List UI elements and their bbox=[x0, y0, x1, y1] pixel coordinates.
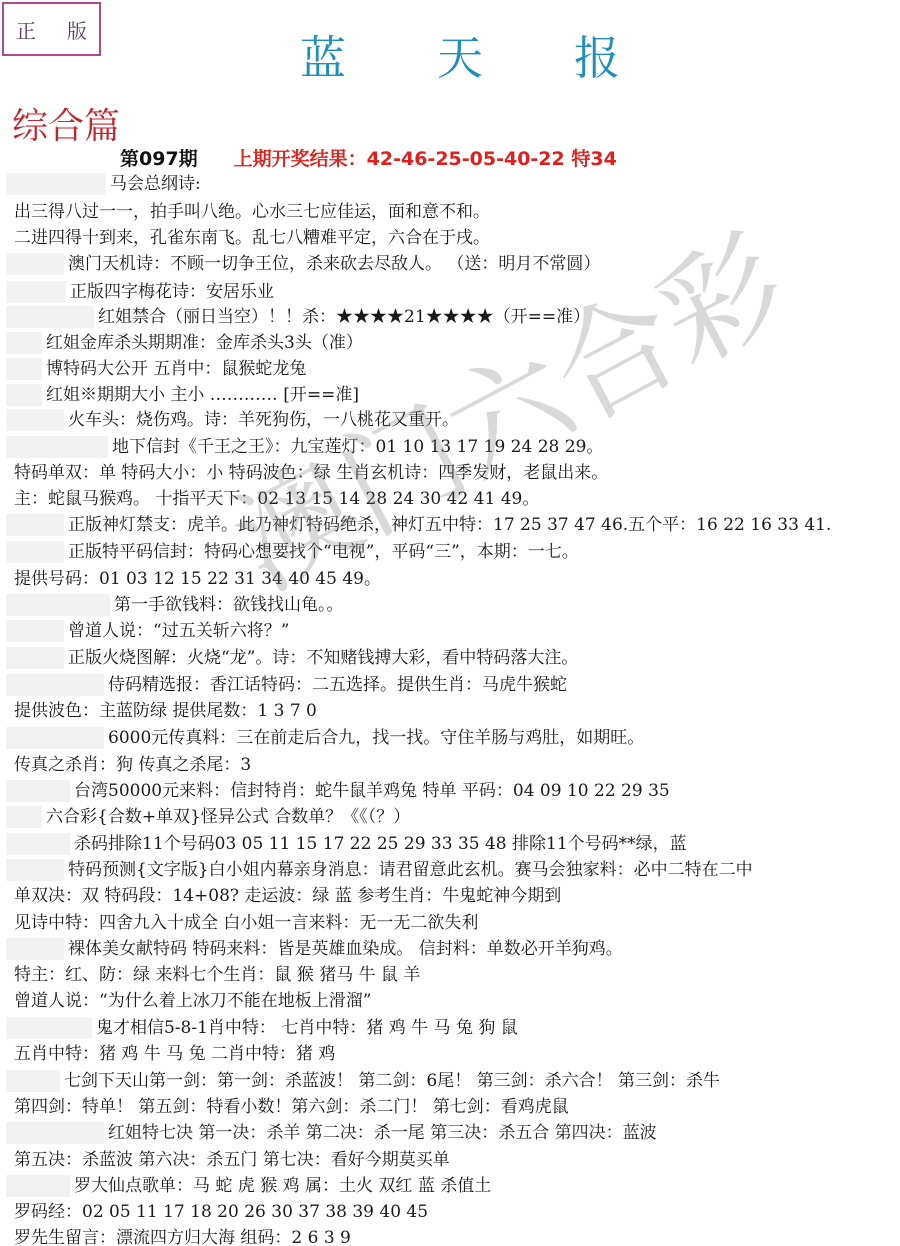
line-shade bbox=[6, 938, 64, 960]
text-line: 见诗中特：四舍九入十成全 白小姐一言来料：无一无二欲失利 bbox=[14, 912, 478, 934]
line-shade bbox=[6, 1017, 92, 1039]
text-line: 六合彩{合数+单双}怪异公式 合数单？《《（？） bbox=[46, 806, 410, 828]
line-shade bbox=[6, 780, 70, 802]
line-shade bbox=[6, 541, 64, 563]
text-line: 台湾50000元来料：信封特肖：蛇牛鼠羊鸡兔 特单 平码：04 09 10 22… bbox=[74, 780, 670, 802]
line-shade bbox=[6, 833, 70, 855]
text-line: 七剑下天山第一剑：第一剑：杀蓝波！ 第二剑：6尾！ 第三剑：杀六合！ 第三剑：杀… bbox=[64, 1070, 720, 1092]
line-shade bbox=[6, 859, 64, 881]
text-line: 6000元传真料：三在前走后合九，找一找。守住羊肠与鸡肚，如期旺。 bbox=[108, 727, 644, 749]
line-shade bbox=[6, 1070, 60, 1092]
text-line: 罗大仙点歌单：马 蛇 虎 猴 鸡 属：土火 双红 蓝 杀值土 bbox=[74, 1175, 491, 1197]
text-line: 主：蛇鼠马猴鸡。 十指平天下：02 13 15 14 28 24 30 42 4… bbox=[14, 488, 539, 510]
line-shade bbox=[6, 436, 108, 458]
line-shade bbox=[6, 620, 64, 642]
line-shade bbox=[6, 281, 66, 303]
text-line: 第四剑：特单！ 第五剑：特看小数！第六剑：杀二门！ 第七剑：看鸡虎鼠 bbox=[14, 1096, 569, 1118]
text-line: 提供号码：01 03 12 15 22 31 34 40 45 49。 bbox=[14, 568, 381, 590]
text-line: 第五决：杀蓝波 第六决：杀五门 第七决：看好今期莫买单 bbox=[14, 1149, 450, 1171]
line-shade bbox=[6, 358, 42, 380]
text-line: 红姐金库杀头期期准：金库杀头3头（准） bbox=[46, 332, 363, 354]
line-shade bbox=[6, 594, 110, 616]
text-line: 正版神灯禁支：虎羊。此乃神灯特码绝杀，神灯五中特：17 25 37 47 46.… bbox=[68, 514, 831, 536]
text-line: 曾道人说：“为什么着上冰刀不能在地板上滑溜” bbox=[14, 990, 371, 1012]
text-line: 杀码排除11个号码03 05 11 15 17 22 25 29 33 35 4… bbox=[74, 833, 687, 855]
text-line: 正版特平码信封：特码心想要找个“电视”，平码“三”，本期：一七。 bbox=[68, 541, 579, 563]
text-line: 特码单双：单 特码大小：小 特码波色：绿 生肖玄机诗：四季发财，老鼠出来。 bbox=[14, 462, 608, 484]
line-shade bbox=[6, 253, 64, 275]
line-shade bbox=[6, 727, 104, 749]
text-line: 罗先生留言：漂流四方归大海 组码：2 6 3 9 bbox=[14, 1227, 351, 1246]
line-shade bbox=[6, 1175, 70, 1197]
text-line: 五肖中特：猪 鸡 牛 马 兔 二肖中特：猪 鸡 bbox=[14, 1043, 335, 1065]
line-shade bbox=[6, 173, 106, 195]
text-line: 红姐※期期大小 主小 ………… [开==准] bbox=[46, 384, 359, 406]
text-line: 出三得八过一一，拍手叫八绝。心水三七应佳运，面和意不和。 bbox=[14, 201, 490, 223]
line-shade bbox=[6, 674, 104, 696]
text-line: 鬼才相信5-8-1肖中特： 七肖中特：猪 鸡 牛 马 兔 狗 鼠 bbox=[96, 1017, 518, 1039]
line-shade bbox=[6, 306, 94, 328]
text-line: 第一手欲钱料：欲钱找山龟。。 bbox=[114, 594, 344, 616]
text-line: 地下信封《千王之王》：九宝莲灯：01 10 13 17 19 24 28 29。 bbox=[112, 436, 603, 458]
text-line: 提供波色：主蓝防绿 提供尾数：1 3 7 0 bbox=[14, 700, 317, 722]
line-shade bbox=[6, 514, 64, 536]
line-shade bbox=[6, 384, 42, 406]
line-shade bbox=[6, 1122, 104, 1144]
text-line: 澳门天机诗：不顾一切争王位，杀来砍去尽敌人。 （送：明月不常圆） bbox=[68, 253, 600, 275]
line-shade bbox=[6, 409, 64, 431]
text-line: 红姐禁合（丽日当空）！！杀：★★★★21★★★★（开==准） bbox=[98, 306, 590, 328]
text-line: 单双决：双 特码段：14+08? 走运波：绿 蓝 参考生肖：牛鬼蛇神今期到 bbox=[14, 885, 561, 907]
text-line: 马会总纲诗: bbox=[110, 173, 201, 195]
text-line: 罗码经：02 05 11 17 18 20 26 30 37 38 39 40 … bbox=[14, 1201, 428, 1223]
text-line: 特码预测{文字版}白小姐内幕亲身消息：请君留意此玄机。赛马会独家料：必中二特在二… bbox=[68, 859, 753, 881]
line-shade bbox=[6, 332, 42, 354]
text-line: 传真之杀肖：狗 传真之杀尾：3 bbox=[14, 754, 251, 776]
text-line: 侍码精选报：香江话特码：二五选择。提供生肖：马虎牛猴蛇 bbox=[108, 674, 567, 696]
text-line: 博特码大公开 五肖中：鼠猴蛇龙兔 bbox=[46, 358, 306, 380]
text-line: 曾道人说：“过五关斩六将？” bbox=[68, 620, 289, 642]
line-shade bbox=[6, 806, 42, 828]
text-line: 火车头：烧伤鸡。诗：羊死狗伤，一八桃花又重开。 bbox=[68, 409, 459, 431]
text-line: 裸体美女献特码 特码来料：皆是英雄血染成。 信封料：单数必开羊狗鸡。 bbox=[68, 938, 623, 960]
content-lines: 马会总纲诗:出三得八过一一，拍手叫八绝。心水三七应佳运，面和意不和。二进四得十到… bbox=[0, 0, 900, 1246]
text-line: 红姐特七决 第一决：杀羊 第二决：杀一尾 第三决：杀五合 第四决：蓝波 bbox=[108, 1122, 657, 1144]
line-shade bbox=[6, 647, 64, 669]
text-line: 二进四得十到来，孔雀东南飞。乱七八糟难平定，六合在于戌。 bbox=[14, 227, 490, 249]
text-line: 特主：红、防：绿 来料七个生肖：鼠 猴 猪马 牛 鼠 羊 bbox=[14, 964, 420, 986]
text-line: 正版火烧图解：火烧“龙”。诗：不知赌钱搏大彩，看中特码落大注。 bbox=[68, 647, 578, 669]
text-line: 正版四字梅花诗：安居乐业 bbox=[70, 281, 274, 303]
